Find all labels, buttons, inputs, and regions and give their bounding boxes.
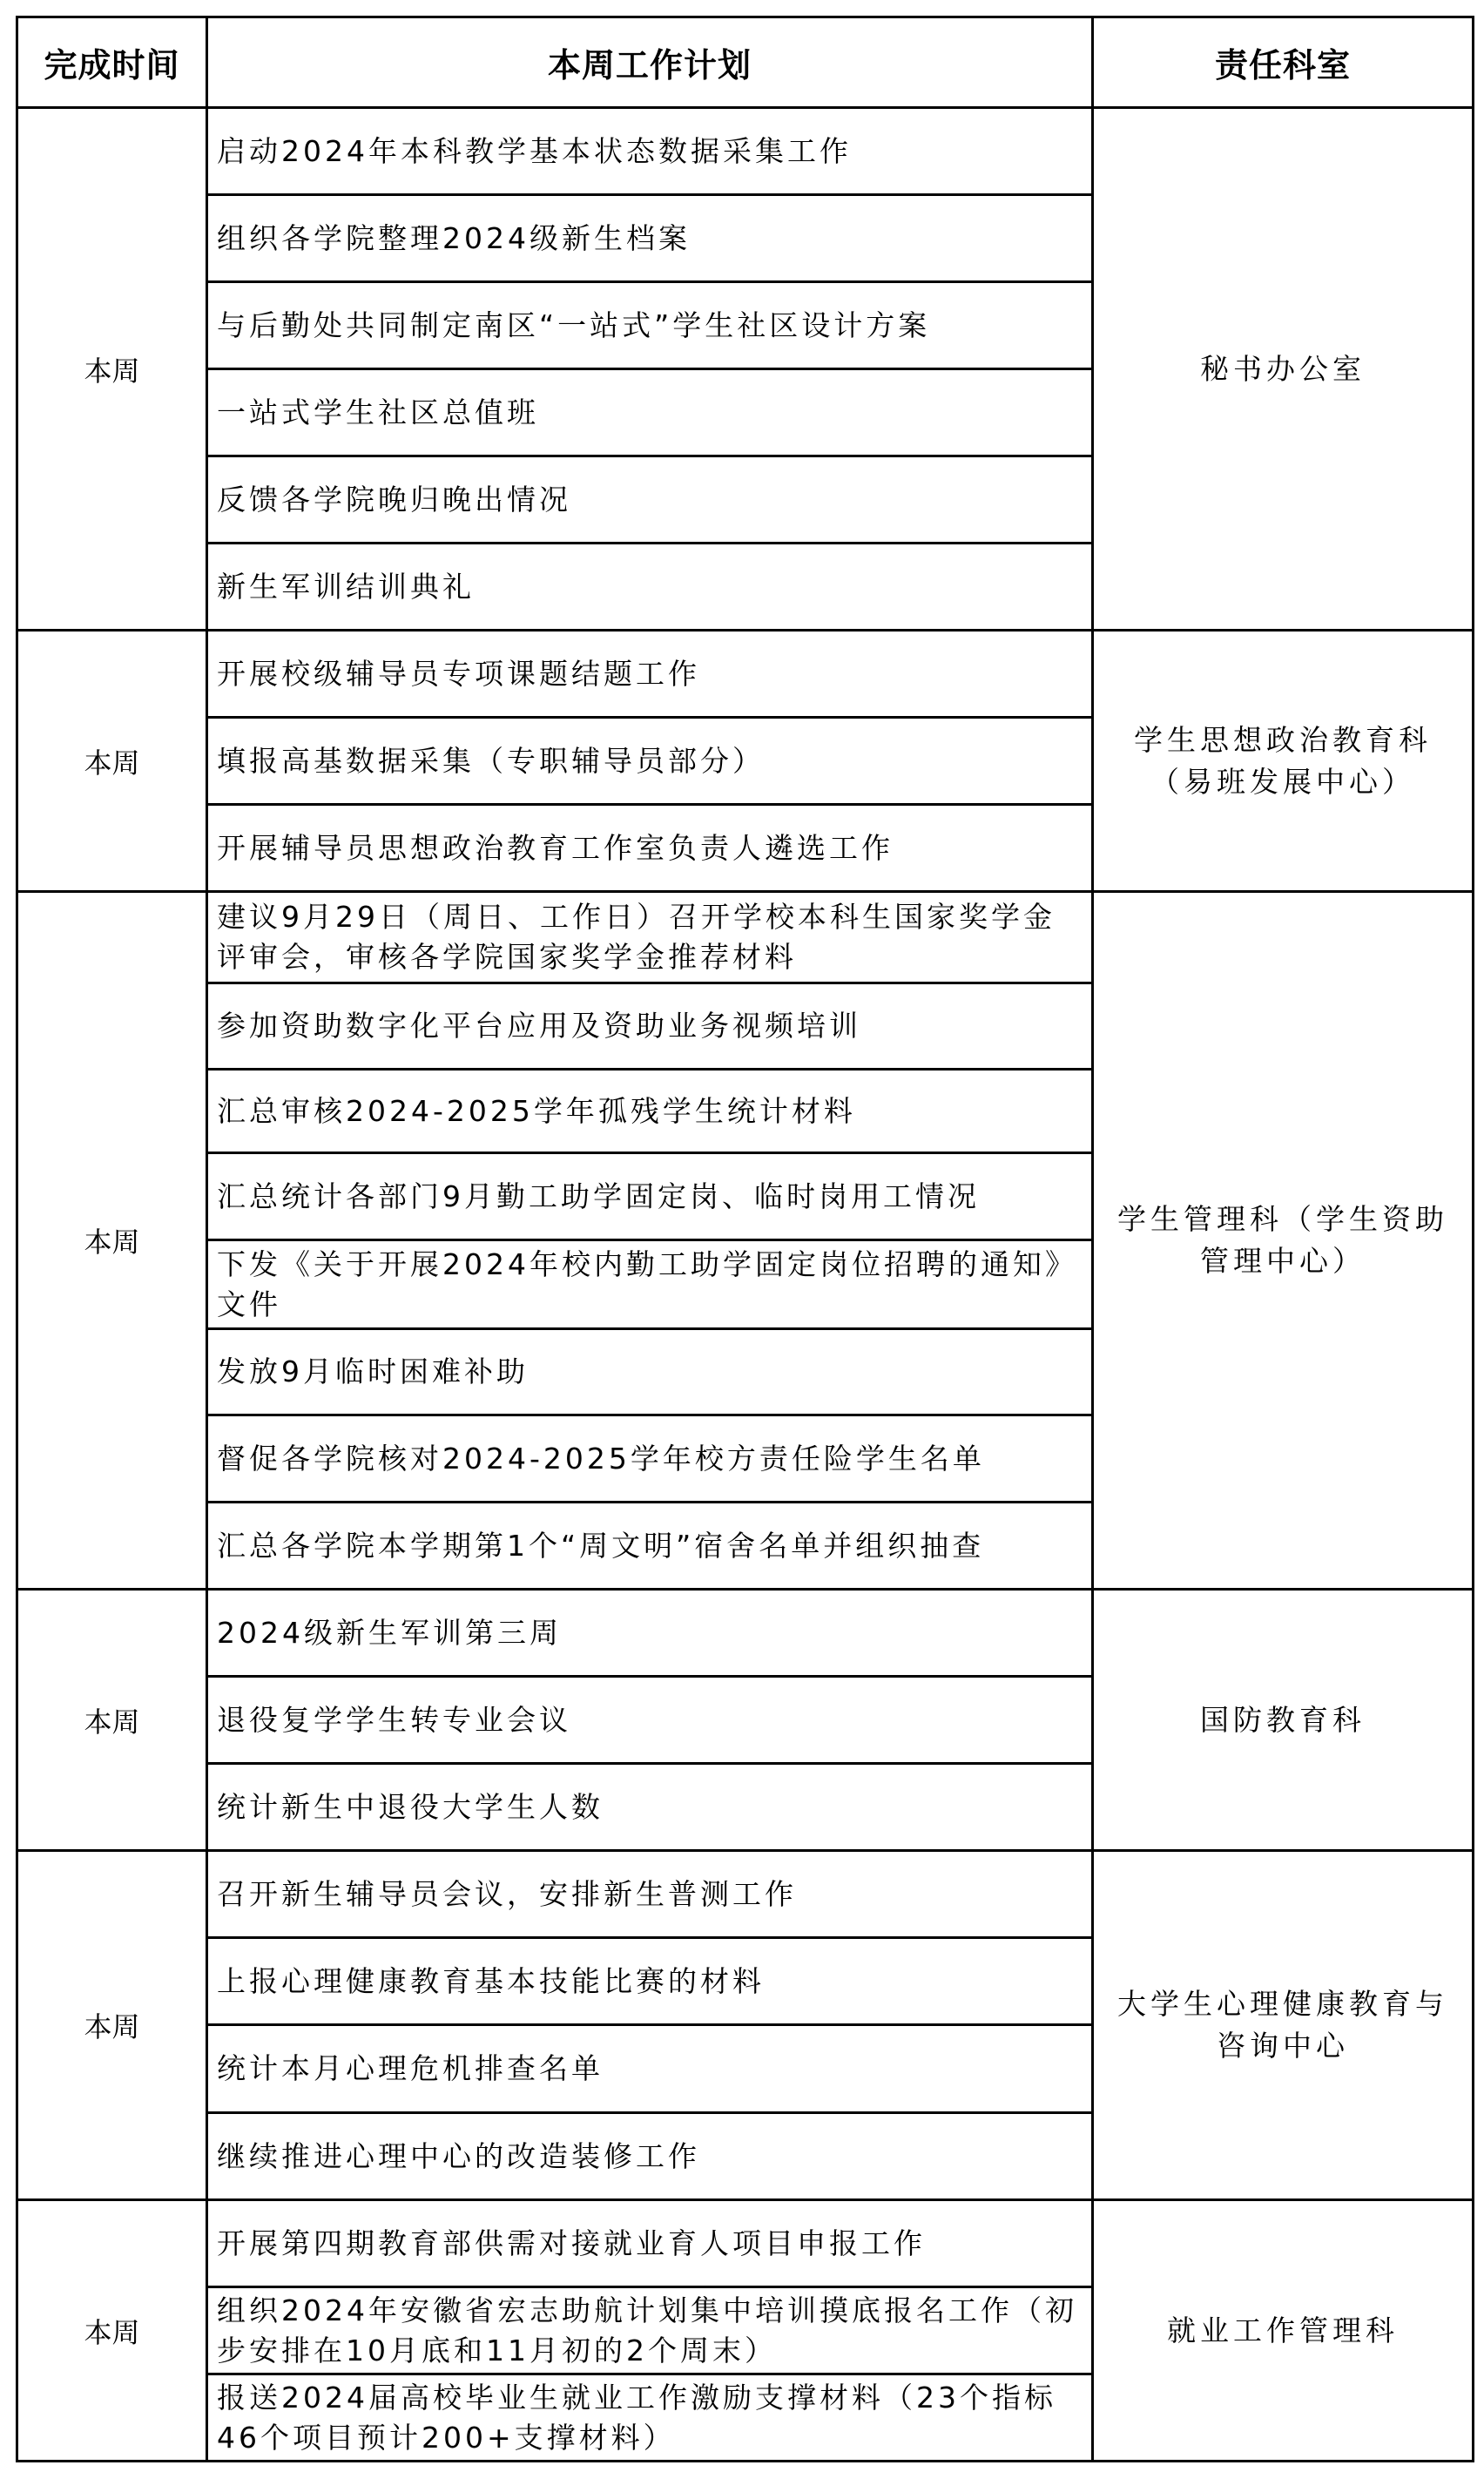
task-cell: 发放9月临时困难补助 [207, 1329, 1093, 1415]
task-cell: 督促各学院核对2024-2025学年校方责任险学生名单 [207, 1415, 1093, 1503]
completion-time-cell: 本周 [17, 892, 207, 1590]
task-cell: 继续推进心理中心的改造装修工作 [207, 2113, 1093, 2200]
table-row: 本周 召开新生辅导员会议，安排新生普测工作 大学生心理健康教育与咨询中心 [17, 1851, 1474, 1938]
header-responsible-dept: 责任科室 [1093, 17, 1474, 108]
department-cell: 就业工作管理科 [1093, 2200, 1474, 2462]
department-cell: 学生思想政治教育科（易班发展中心） [1093, 631, 1474, 892]
task-cell: 退役复学学生转专业会议 [207, 1677, 1093, 1764]
task-cell: 汇总各学院本学期第1个“周文明”宿舍名单并组织抽查 [207, 1503, 1093, 1590]
task-cell: 启动2024年本科教学基本状态数据采集工作 [207, 108, 1093, 195]
task-cell: 召开新生辅导员会议，安排新生普测工作 [207, 1851, 1093, 1938]
task-cell: 参加资助数字化平台应用及资助业务视频培训 [207, 983, 1093, 1070]
task-cell: 组织各学院整理2024级新生档案 [207, 195, 1093, 282]
task-cell: 填报高基数据采集（专职辅导员部分） [207, 718, 1093, 805]
task-cell: 建议9月29日（周日、工作日）召开学校本科生国家奖学金评审会，审核各学院国家奖学… [207, 892, 1093, 983]
task-cell: 统计新生中退役大学生人数 [207, 1764, 1093, 1851]
weekly-plan-table: 完成时间 本周工作计划 责任科室 本周 启动2024年本科教学基本状态数据采集工… [16, 16, 1474, 2462]
completion-time-cell: 本周 [17, 1851, 207, 2200]
task-cell: 开展第四期教育部供需对接就业育人项目申报工作 [207, 2200, 1093, 2287]
table-row: 本周 建议9月29日（周日、工作日）召开学校本科生国家奖学金评审会，审核各学院国… [17, 892, 1474, 983]
task-cell: 与后勤处共同制定南区“一站式”学生社区设计方案 [207, 282, 1093, 369]
task-cell: 统计本月心理危机排查名单 [207, 2025, 1093, 2113]
department-label: 学生思想政治教育科（易班发展中心） [1094, 719, 1472, 803]
task-cell: 汇总统计各部门9月勤工助学固定岗、临时岗用工情况 [207, 1153, 1093, 1240]
department-cell: 大学生心理健康教育与咨询中心 [1093, 1851, 1474, 2200]
task-cell: 上报心理健康教育基本技能比赛的材料 [207, 1938, 1093, 2025]
department-label: 大学生心理健康教育与咨询中心 [1094, 1983, 1472, 2067]
task-cell: 2024级新生军训第三周 [207, 1590, 1093, 1677]
department-cell: 秘书办公室 [1093, 108, 1474, 631]
header-weekly-plan: 本周工作计划 [207, 17, 1093, 108]
completion-time-cell: 本周 [17, 2200, 207, 2462]
table-row: 本周 启动2024年本科教学基本状态数据采集工作 秘书办公室 [17, 108, 1474, 195]
table-row: 本周 开展校级辅导员专项课题结题工作 学生思想政治教育科（易班发展中心） [17, 631, 1474, 718]
header-completion-time: 完成时间 [17, 17, 207, 108]
header-row: 完成时间 本周工作计划 责任科室 [17, 17, 1474, 108]
completion-time-cell: 本周 [17, 1590, 207, 1851]
department-cell: 学生管理科（学生资助管理中心） [1093, 892, 1474, 1590]
task-cell: 新生军训结训典礼 [207, 544, 1093, 631]
task-cell: 一站式学生社区总值班 [207, 369, 1093, 456]
completion-time-cell: 本周 [17, 631, 207, 892]
task-cell: 开展辅导员思想政治教育工作室负责人遴选工作 [207, 805, 1093, 892]
task-cell: 组织2024年安徽省宏志助航计划集中培训摸底报名工作（初步安排在10月底和11月… [207, 2287, 1093, 2374]
task-cell: 下发《关于开展2024年校内勤工助学固定岗位招聘的通知》文件 [207, 1240, 1093, 1329]
table-row: 本周 开展第四期教育部供需对接就业育人项目申报工作 就业工作管理科 [17, 2200, 1474, 2287]
department-cell: 国防教育科 [1093, 1590, 1474, 1851]
table-row: 本周 2024级新生军训第三周 国防教育科 [17, 1590, 1474, 1677]
task-cell: 开展校级辅导员专项课题结题工作 [207, 631, 1093, 718]
department-label: 学生管理科（学生资助管理中心） [1094, 1199, 1472, 1282]
completion-time-cell: 本周 [17, 108, 207, 631]
task-cell: 反馈各学院晚归晚出情况 [207, 456, 1093, 544]
task-cell: 汇总审核2024-2025学年孤残学生统计材料 [207, 1070, 1093, 1153]
task-cell: 报送2024届高校毕业生就业工作激励支撑材料（23个指标46个项目预计200+支… [207, 2374, 1093, 2462]
